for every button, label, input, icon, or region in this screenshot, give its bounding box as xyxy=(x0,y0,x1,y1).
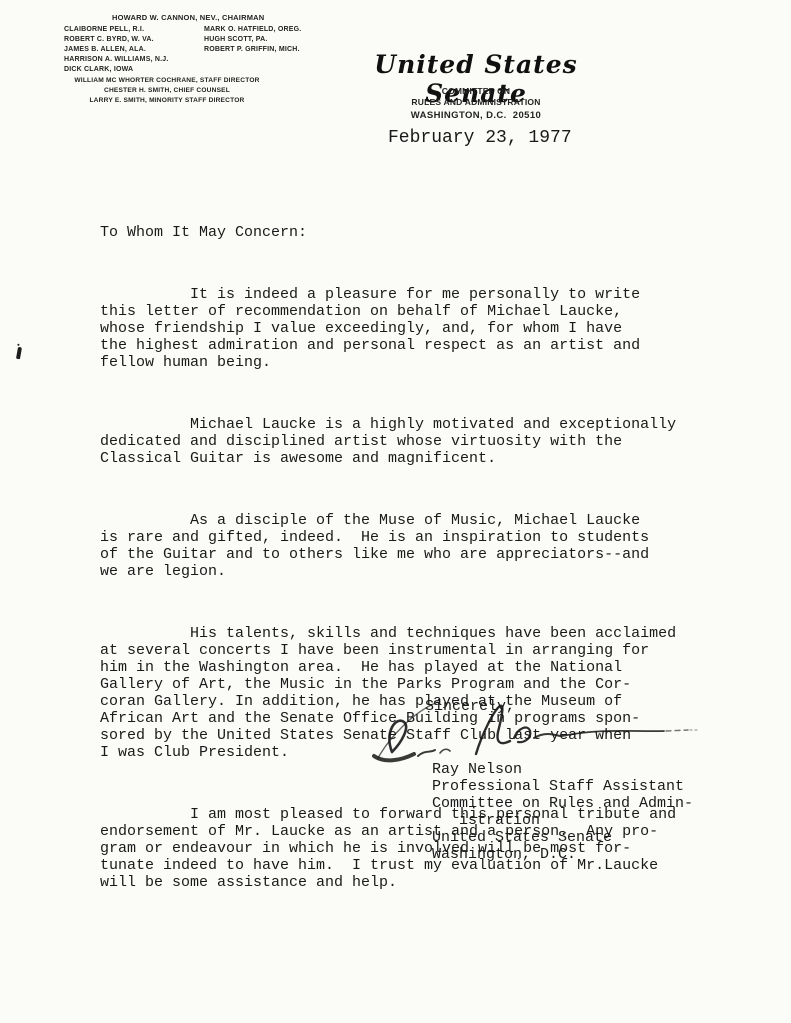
scanned-letter-page: HOWARD W. CANNON, NEV., CHAIRMAN CLAIBOR… xyxy=(0,0,791,1023)
signature-icon xyxy=(372,696,702,776)
letterhead-member: MARK O. HATFIELD, OREG. xyxy=(204,25,301,35)
letterhead-member: ROBERT C. BYRD, W. VA. xyxy=(64,35,169,45)
letterhead-member: HUGH SCOTT, PA. xyxy=(204,35,301,45)
signature-block: Ray Nelson Professional Staff Assistant … xyxy=(432,761,693,863)
letterhead-member: JAMES B. ALLEN, ALA. xyxy=(64,45,169,55)
letterhead-staff-member: LARRY E. SMITH, MINORITY STAFF DIRECTOR xyxy=(64,96,270,106)
committee-name: COMMITTEE ON RULES AND ADMINISTRATION xyxy=(320,86,632,108)
letterhead-staff-member: WILLIAM MC WHORTER COCHRANE, STAFF DIREC… xyxy=(64,76,270,86)
salutation: To Whom It May Concern: xyxy=(100,224,676,241)
letter-paragraph: As a disciple of the Muse of Music, Mich… xyxy=(100,512,676,580)
letterhead-member: ROBERT P. GRIFFIN, MICH. xyxy=(204,45,301,55)
ink-speck xyxy=(16,347,22,360)
letterhead-members-right: MARK O. HATFIELD, OREG. HUGH SCOTT, PA. … xyxy=(204,25,301,55)
letterhead-staff-member: CHESTER H. SMITH, CHIEF COUNSEL xyxy=(64,86,270,96)
letterhead-members-left: CLAIBORNE PELL, R.I. ROBERT C. BYRD, W. … xyxy=(64,25,169,75)
letter-date: February 23, 1977 xyxy=(388,128,572,148)
letterhead-member: DICK CLARK, IOWA xyxy=(64,65,169,75)
letterhead-member: HARRISON A. WILLIAMS, N.J. xyxy=(64,55,169,65)
letter-paragraph: Michael Laucke is a highly motivated and… xyxy=(100,416,676,467)
letterhead-member: CLAIBORNE PELL, R.I. xyxy=(64,25,169,35)
committee-address: WASHINGTON, D.C. 20510 xyxy=(320,110,632,121)
letterhead-chairman: HOWARD W. CANNON, NEV., CHAIRMAN xyxy=(112,13,264,22)
letter-paragraph: It is indeed a pleasure for me personall… xyxy=(100,286,676,371)
letterhead-staff-list: WILLIAM MC WHORTER COCHRANE, STAFF DIREC… xyxy=(64,76,270,106)
